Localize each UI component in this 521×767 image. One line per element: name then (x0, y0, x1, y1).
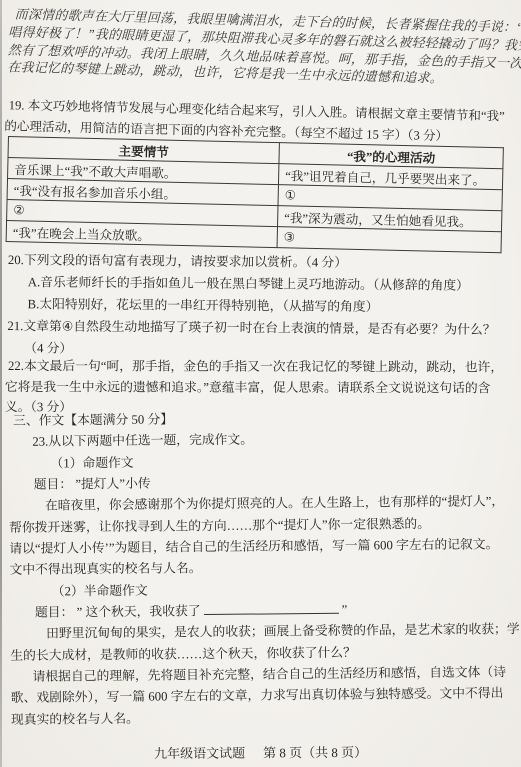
question-22-line: 22.本文最后一句“呵，那手指，金色的手指又一次在我记忆的琴键上跳动，跳动，也许… (8, 356, 516, 378)
table-cell-feeling: ③ (277, 227, 501, 253)
question-22-line: 它将是我一生中永远的遗憾和追求。”意蕴丰富，促人思索。请联系全文说说这句话的含 (5, 377, 516, 399)
plot-psychology-table: 主要情节 “我”的心理活动 音乐课上“我”不敢大声唱歌。 “我”诅咒着自己，几乎… (6, 136, 504, 253)
essay-part2-requirement: 现真实的校名与人名。 (11, 705, 519, 731)
question-20-21: 20.下列文段的语句富有表现力，请按要求加以赏析。（4 分） A.音乐老师纤长的… (0, 249, 516, 363)
question-21-line: 21.文章第④自然段生动地描写了瑛子初一时在台上表演的情景，是否有必要？为什么？ (7, 315, 515, 341)
footer-paper-title: 九年级语文试题 (154, 746, 245, 762)
essay-part1-intro: 在暗夜里，你会感谢那个为你提灯照亮的人。在人生路上，也有那样的“提灯人”， (45, 491, 517, 517)
page-footer: 九年级语文试题第 8 页（共 8 页） (0, 741, 521, 763)
essay-section: 三、作文【本题满分 50 分】 23.从以下两题中任选一题，完成作文。 （1）命… (0, 406, 519, 731)
passage-ending: 而深情的歌声在大厅里回荡，我眼里噙满泪水，走下台的时候，长者紧握住我的手说：“你… (0, 5, 516, 90)
scanned-exam-page: 而深情的歌声在大厅里回荡，我眼里噙满泪水，走下台的时候，长者紧握住我的手说：“你… (0, 0, 521, 767)
essay-part2-title-prefix: 题目： ” 这个秋天，我收获了 (35, 604, 201, 620)
footer-page-number: 第 8 页（共 8 页） (263, 745, 367, 761)
title-blank-underline (203, 601, 338, 615)
essay-part2-intro: 田野里沉甸甸的果实，是农人的收获；画展上备受称赞的作品，是艺术家的收获；学 (46, 619, 518, 645)
essay-part2-title-suffix: ” (342, 603, 348, 617)
